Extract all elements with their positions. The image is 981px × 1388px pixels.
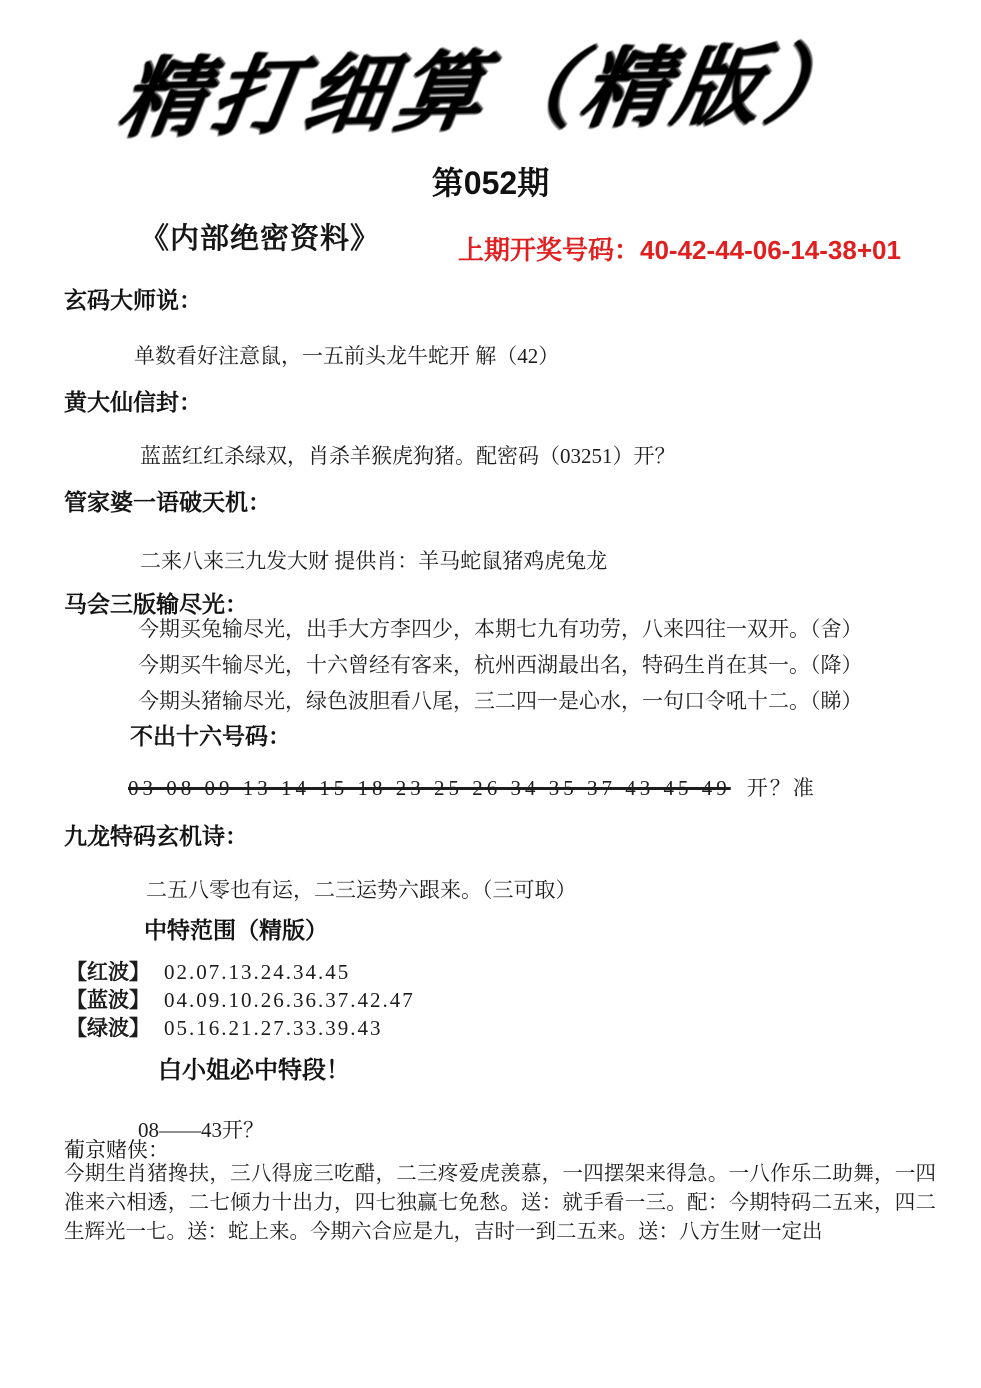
green-wave-numbers: 05.16.21.27.33.39.43 bbox=[164, 1016, 383, 1040]
mahui-line-1: 今期买兔输尽光，出手大方李四少，本期七九有功劳，八来四往一双开。（舍） bbox=[138, 612, 863, 647]
mahui-line-2: 今期买牛输尽光，十六曾经有客来，杭州西湖最出名，特码生肖在其一。（降） bbox=[138, 648, 863, 683]
secret-row: 《内部绝密资料》 上期开奖号码：40-42-44-06-14-38+01 bbox=[140, 216, 941, 267]
section-heading-guanjiapo: 管家婆一语破天机： bbox=[64, 484, 271, 517]
jiulong-content: 二五八零也有运，二三运势六跟来。（三可取） bbox=[146, 874, 577, 904]
guanjiapo-content: 二来八来三九发大财 提供肖：羊马蛇鼠猪鸡虎兔龙 bbox=[140, 545, 607, 575]
section-heading-huangdaxian: 黄大仙信封： bbox=[64, 384, 202, 417]
section-heading-xuanma: 玄码大师说： bbox=[64, 282, 202, 315]
wave-row-blue: 【蓝波】04.09.10.26.36.37.42.47 bbox=[66, 984, 415, 1014]
section-heading-jiulong: 九龙特码玄机诗： bbox=[64, 818, 248, 851]
secret-label: 《内部绝密资料》 bbox=[140, 216, 380, 257]
blue-wave-numbers: 04.09.10.26.36.37.42.47 bbox=[164, 988, 415, 1012]
wave-row-green: 【绿波】05.16.21.27.33.39.43 bbox=[66, 1012, 383, 1042]
huangdaxian-content: 蓝蓝红红杀绿双，肖杀羊猴虎狗猪。配密码（03251）开？ bbox=[140, 440, 676, 470]
excluded-numbers-row: 03 08 09 13 14 15 18 23 25 26 34 35 37 4… bbox=[128, 772, 816, 802]
xuanma-content: 单数看好注意鼠，一五前头龙牛蛇开 解（42） bbox=[134, 340, 559, 370]
section-heading-baixiaojie: 白小姐必中特段！ bbox=[158, 1050, 350, 1085]
section-heading-zhongte: 中特范围（精版） bbox=[144, 912, 328, 945]
last-draw-numbers: 上期开奖号码：40-42-44-06-14-38+01 bbox=[458, 230, 901, 267]
tip-sheet-page: 精打细算（精版） 第052期 《内部绝密资料》 上期开奖号码：40-42-44-… bbox=[0, 0, 981, 1388]
blue-wave-label: 【蓝波】 bbox=[66, 988, 150, 1012]
wave-row-red: 【红波】02.07.13.24.34.45 bbox=[66, 956, 350, 986]
excluded-numbers-suffix: 开？准 bbox=[747, 776, 816, 800]
red-wave-label: 【红波】 bbox=[66, 960, 150, 984]
issue-number: 第052期 bbox=[0, 158, 981, 204]
mahui-line-3: 今期头猪输尽光，绿色波胆看八尾，三二四一是心水，一句口令吼十二。（睇） bbox=[138, 684, 863, 719]
masthead-calligraphy-title: 精打细算（精版） bbox=[0, 12, 981, 157]
red-wave-numbers: 02.07.13.24.34.45 bbox=[164, 960, 350, 984]
excluded-numbers: 03 08 09 13 14 15 18 23 25 26 34 35 37 4… bbox=[128, 776, 731, 800]
pujing-paragraph: 今期生肖猪搀扶，三八得庞三吃醋，二三疼爱虎羡慕，一四摆架来得急。一八作乐二助舞，… bbox=[64, 1160, 936, 1247]
green-wave-label: 【绿波】 bbox=[66, 1016, 150, 1040]
section-heading-buchu: 不出十六号码： bbox=[130, 718, 291, 751]
